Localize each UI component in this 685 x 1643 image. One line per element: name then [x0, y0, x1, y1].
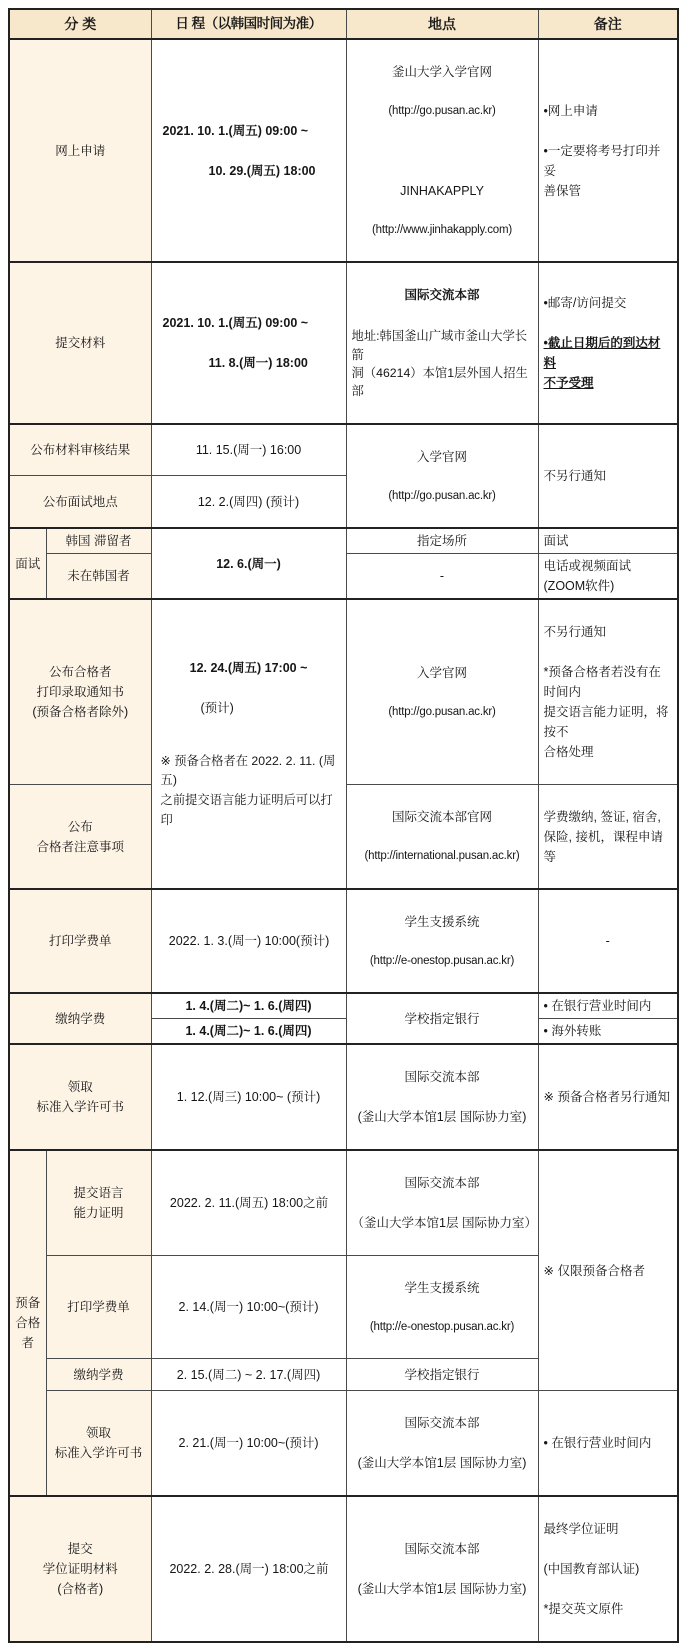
- receive-admission-location: 国际交流本部 (釜山大学本馆1层 国际协力室): [346, 1044, 538, 1150]
- admit-announce-date: 12. 24.(周五) 17:00 ~ (预计) ※ 预备合格者在 2022. …: [151, 599, 346, 888]
- admit-announce-remark: 不另行通知 *预备合格者若没有在时间内 提交语言能力证明，将按不 合格处理: [538, 599, 678, 785]
- reserve-pay-location: 学校指定银行: [346, 1359, 538, 1391]
- pay-tuition-remark-2: • 海外转账: [538, 1019, 678, 1045]
- reserve-lang-location: 国际交流本部 （釜山大学本馆1层 国际协力室）: [346, 1150, 538, 1256]
- row-submit-materials: 提交材料 2021. 10. 1.(周五) 09:00 ~ 11. 8.(周一)…: [9, 262, 678, 424]
- date-estimated: (预计): [157, 698, 341, 718]
- submit-materials-remark: •邮寄/访问提交 •截止日期后的到达材料 不予受理: [538, 262, 678, 424]
- location-name: 学生支援系统: [352, 912, 533, 932]
- print-tuition-category: 打印学费单: [9, 889, 151, 993]
- row-print-tuition: 打印学费单 2022. 1. 3.(周一) 10:00(预计) 学生支援系统 (…: [9, 889, 678, 993]
- interview-abroad-category: 未在韩国者: [46, 554, 151, 600]
- reserve-pay-date: 2. 15.(周二) ~ 2. 17.(周四): [151, 1359, 346, 1391]
- receive-admission-date: 1. 12.(周三) 10:00~ (预计): [151, 1044, 346, 1150]
- remark-line: 不另行通知: [544, 622, 673, 642]
- remark-line: •一定要将考号打印并妥 善保管: [544, 141, 673, 201]
- location-name: 釜山大学入学官网: [352, 62, 533, 82]
- pay-tuition-date-1: 1. 4.(周二)~ 1. 6.(周四): [151, 993, 346, 1019]
- admit-announce-location: 入学官网 (http://go.pusan.ac.kr): [346, 599, 538, 785]
- online-apply-location: 釜山大学入学官网 (http://go.pusan.ac.kr) JINHAKA…: [346, 39, 538, 262]
- interview-group-label: 面试: [9, 528, 46, 599]
- interview-place-date: 12. 2.(周四) (预计): [151, 476, 346, 529]
- row-receive-admission: 领取 标准入学许可书 1. 12.(周三) 10:00~ (预计) 国际交流本部…: [9, 1044, 678, 1150]
- admission-schedule-table: 分 类 日 程（以韩国时间为准） 地点 备注 网上申请 2021. 10. 1.…: [8, 8, 679, 1643]
- row-review-result: 公布材料审核结果 11. 15.(周一) 16:00 入学官网 (http://…: [9, 424, 678, 476]
- online-apply-category: 网上申请: [9, 39, 151, 262]
- interview-abroad-remark: 电话或视频面试 (ZOOM软件): [538, 554, 678, 600]
- header-location: 地点: [346, 9, 538, 39]
- interview-abroad-location: -: [346, 554, 538, 600]
- pay-tuition-location: 学校指定银行: [346, 993, 538, 1044]
- admit-notice-category: 公布 合格者注意事项: [9, 785, 151, 889]
- reserve-lang-category: 提交语言 能力证明: [46, 1150, 151, 1256]
- location-name: 入学官网: [352, 447, 533, 467]
- admit-announce-category: 公布合格者 打印录取通知书 (预备合格者除外): [9, 599, 151, 785]
- review-result-category: 公布材料审核结果: [9, 424, 151, 476]
- print-tuition-date: 2022. 1. 3.(周一) 10:00(预计): [151, 889, 346, 993]
- reserve-shared-remark: ※ 仅限预备合格者: [538, 1150, 678, 1391]
- date-line: 12. 24.(周五) 17:00 ~: [157, 658, 341, 678]
- remark-line: 最终学位证明: [544, 1519, 673, 1539]
- degree-submit-category: 提交 学位证明材料 (合格者): [9, 1496, 151, 1642]
- location-url: (http://go.pusan.ac.kr): [352, 102, 533, 120]
- submit-materials-location: 国际交流本部 地址:韩国釜山广域市釜山大学长箭 洞（46214）本馆1层外国人招…: [346, 262, 538, 424]
- degree-submit-date: 2022. 2. 28.(周一) 18:00之前: [151, 1496, 346, 1642]
- date-note: ※ 预备合格者在 2022. 2. 11. (周五) 之前提交语言能力证明后可以…: [157, 752, 341, 831]
- location-name: 国际交流本部: [352, 1173, 533, 1193]
- receive-admission-remark: ※ 预备合格者另行通知: [538, 1044, 678, 1150]
- receive-admission-category: 领取 标准入学许可书: [9, 1044, 151, 1150]
- remark-line: •网上申请: [544, 101, 673, 121]
- interview-korea-location: 指定场所: [346, 528, 538, 554]
- location-name: 国际交流本部: [352, 1413, 533, 1433]
- remark-line-underlined: •截止日期后的到达材料 不予受理: [544, 333, 673, 393]
- remark-line: (中国教育部认证): [544, 1559, 673, 1579]
- location-name: 学生支援系统: [352, 1278, 533, 1298]
- location-name: JINHAKAPPLY: [352, 181, 533, 201]
- degree-submit-remark: 最终学位证明 (中国教育部认证) *提交英文原件: [538, 1496, 678, 1642]
- reserve-recv-date: 2. 21.(周一) 10:00~(预计): [151, 1391, 346, 1497]
- location-url: (http://go.pusan.ac.kr): [352, 703, 533, 721]
- interview-place-category: 公布面试地点: [9, 476, 151, 529]
- review-shared-remark: 不另行通知: [538, 424, 678, 528]
- reserve-print-category: 打印学费单: [46, 1256, 151, 1359]
- print-tuition-location: 学生支援系统 (http://e-onestop.pusan.ac.kr): [346, 889, 538, 993]
- admit-notice-remark: 学费缴纳, 签证, 宿舍, 保险, 接机，课程申请 等: [538, 785, 678, 889]
- row-interview-korea: 面试 韩国 滞留者 12. 6.(周一) 指定场所 面试: [9, 528, 678, 554]
- admission-schedule-page: 分 类 日 程（以韩国时间为准） 地点 备注 网上申请 2021. 10. 1.…: [0, 0, 685, 895]
- pay-tuition-category: 缴纳学费: [9, 993, 151, 1044]
- location-url: (http://go.pusan.ac.kr): [352, 487, 533, 505]
- location-name: 国际交流本部官网: [352, 807, 533, 827]
- row-reserve-receive-admission: 领取 标准入学许可书 2. 21.(周一) 10:00~(预计) 国际交流本部 …: [9, 1391, 678, 1497]
- remark-line: *提交英文原件: [544, 1599, 673, 1619]
- row-online-apply: 网上申请 2021. 10. 1.(周五) 09:00 ~ 10. 29.(周五…: [9, 39, 678, 262]
- location-name: 国际交流本部: [352, 285, 533, 305]
- location-url: (http://e-onestop.pusan.ac.kr): [352, 1318, 533, 1336]
- location-name: 国际交流本部: [352, 1539, 533, 1559]
- remark-line: •邮寄/访问提交: [544, 293, 673, 313]
- review-shared-location: 入学官网 (http://go.pusan.ac.kr): [346, 424, 538, 528]
- header-category: 分 类: [9, 9, 151, 39]
- date-line: 10. 29.(周五) 18:00: [157, 161, 341, 181]
- online-apply-date: 2021. 10. 1.(周五) 09:00 ~ 10. 29.(周五) 18:…: [151, 39, 346, 262]
- location-url: (http://e-onestop.pusan.ac.kr): [352, 952, 533, 970]
- header-schedule: 日 程（以韩国时间为准）: [151, 9, 346, 39]
- pay-tuition-date-2: 1. 4.(周二)~ 1. 6.(周四): [151, 1019, 346, 1045]
- degree-submit-location: 国际交流本部 (釜山大学本馆1层 国际协力室): [346, 1496, 538, 1642]
- location-detail: (釜山大学本馆1层 国际协力室): [352, 1107, 533, 1127]
- date-line: 2021. 10. 1.(周五) 09:00 ~: [157, 121, 341, 141]
- pay-tuition-remark-1: • 在银行营业时间内: [538, 993, 678, 1019]
- interview-korea-category: 韩国 滞留者: [46, 528, 151, 554]
- remark-line: *预备合格者若没有在时间内 提交语言能力证明，将按不 合格处理: [544, 662, 673, 762]
- reserve-group-label: 预备 合格者: [9, 1150, 46, 1496]
- location-detail: (釜山大学本馆1层 国际协力室): [352, 1579, 533, 1599]
- reserve-recv-location: 国际交流本部 (釜山大学本馆1层 国际协力室): [346, 1391, 538, 1497]
- print-tuition-remark: -: [538, 889, 678, 993]
- location-name: 国际交流本部: [352, 1067, 533, 1087]
- date-line: 11. 8.(周一) 18:00: [157, 353, 341, 373]
- reserve-pay-category: 缴纳学费: [46, 1359, 151, 1391]
- admit-notice-location: 国际交流本部官网 (http://international.pusan.ac.…: [346, 785, 538, 889]
- row-admit-announce: 公布合格者 打印录取通知书 (预备合格者除外) 12. 24.(周五) 17:0…: [9, 599, 678, 785]
- table-header-row: 分 类 日 程（以韩国时间为准） 地点 备注: [9, 9, 678, 39]
- location-name: 入学官网: [352, 663, 533, 683]
- online-apply-remark: •网上申请 •一定要将考号打印并妥 善保管: [538, 39, 678, 262]
- row-degree-submit: 提交 学位证明材料 (合格者) 2022. 2. 28.(周一) 18:00之前…: [9, 1496, 678, 1642]
- header-remark: 备注: [538, 9, 678, 39]
- location-detail: （釜山大学本馆1层 国际协力室）: [352, 1213, 533, 1233]
- interview-korea-remark: 面试: [538, 528, 678, 554]
- reserve-print-location: 学生支援系统 (http://e-onestop.pusan.ac.kr): [346, 1256, 538, 1359]
- location-url: (http://international.pusan.ac.kr): [352, 847, 533, 865]
- row-reserve-lang-proof: 预备 合格者 提交语言 能力证明 2022. 2. 11.(周五) 18:00之…: [9, 1150, 678, 1256]
- reserve-lang-date: 2022. 2. 11.(周五) 18:00之前: [151, 1150, 346, 1256]
- review-result-date: 11. 15.(周一) 16:00: [151, 424, 346, 476]
- date-line: 2021. 10. 1.(周五) 09:00 ~: [157, 313, 341, 333]
- row-pay-tuition-1: 缴纳学费 1. 4.(周二)~ 1. 6.(周四) 学校指定银行 • 在银行营业…: [9, 993, 678, 1019]
- submit-materials-category: 提交材料: [9, 262, 151, 424]
- interview-date: 12. 6.(周一): [151, 528, 346, 599]
- reserve-recv-remark: • 在银行营业时间内: [538, 1391, 678, 1497]
- submit-materials-date: 2021. 10. 1.(周五) 09:00 ~ 11. 8.(周一) 18:0…: [151, 262, 346, 424]
- location-detail: (釜山大学本馆1层 国际协力室): [352, 1453, 533, 1473]
- reserve-recv-category: 领取 标准入学许可书: [46, 1391, 151, 1497]
- reserve-print-date: 2. 14.(周一) 10:00~(预计): [151, 1256, 346, 1359]
- location-url: (http://www.jinhakapply.com): [352, 221, 533, 239]
- location-address: 地址:韩国釜山广域市釜山大学长箭 洞（46214）本馆1层外国人招生部: [352, 327, 533, 401]
- spacer: [352, 141, 533, 161]
